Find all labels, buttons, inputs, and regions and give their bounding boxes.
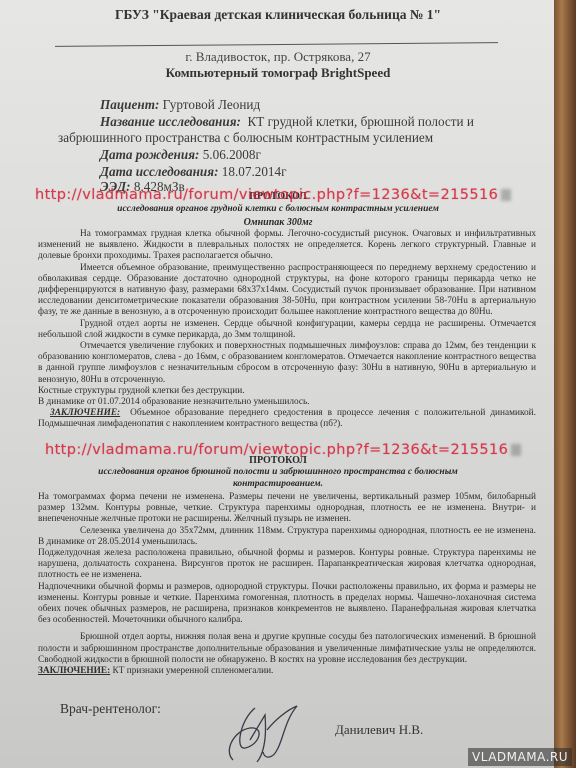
abdomen-conclusion-text: КТ признаки умеренной спленомегалии. (113, 666, 274, 676)
chest-paragraph-1: На томограммах грудная клетка обычной фо… (38, 229, 536, 263)
watermark-url-2: http://vladmama.ru/forum/viewtopic.php?f… (45, 442, 521, 458)
study-line: Название исследования: КТ грудной клетки… (100, 114, 474, 130)
dob-value: 5.06.2008г (203, 147, 261, 162)
patient-label: Пациент: (100, 97, 159, 112)
chest-paragraph-3: Грудной отдел аорты не изменен. Сердце о… (38, 319, 536, 341)
study-date-label: Дата исследования: (100, 164, 218, 179)
hospital-name: ГБУЗ "Краевая детская клиническая больни… (0, 7, 556, 23)
patient-name: Гуртовой Леонид (163, 97, 261, 112)
abdomen-paragraph-4: Надпочечники обычной формы и размеров, о… (38, 582, 536, 627)
signature-icon (205, 700, 315, 768)
contrast-agent: Омнипак 300мг (0, 217, 556, 228)
radiologist-role: Врач-рентенолог: (60, 701, 161, 717)
abdomen-conclusion-label: ЗАКЛЮЧЕНИЕ: (38, 666, 110, 676)
study-date-line: Дата исследования: 18.07.2014г (100, 164, 287, 180)
watermark-url-1: http://vladmama.ru/forum/viewtopic.php?f… (35, 187, 511, 203)
hospital-address: г. Владивосток, пр. Острякова, 27 (0, 49, 556, 65)
protocol-1-subtitle: исследования органов грудной клетки с бо… (0, 204, 556, 214)
abdomen-paragraph-1: На томограммах форма печени не изменена.… (38, 492, 536, 526)
abdomen-paragraph-2: Селезенка увеличена до 35x72мм, длинник … (38, 526, 536, 548)
watermark-brand: VLADMAMA.RU (468, 748, 572, 766)
study-label: Название исследования: (100, 114, 241, 129)
dob-label: Дата рождения: (100, 147, 199, 162)
document-page: ГБУЗ "Краевая детская клиническая больни… (0, 0, 556, 768)
protocol-2-body: На томограммах форма печени не изменена.… (38, 492, 536, 677)
abdomen-conclusion: ЗАКЛЮЧЕНИЕ: КТ признаки умеренной сплено… (38, 666, 536, 677)
chest-paragraph-4: Отмечается увеличение глубоких и поверхн… (38, 341, 536, 386)
protocol-2-subtitle: исследования органов брюшной полости и з… (0, 467, 556, 477)
header-divider (55, 42, 498, 47)
abdomen-paragraph-3: Поджелудочная железа расположена правиль… (38, 548, 536, 582)
protocol-2-subtitle-cont: контрастированием. (0, 479, 556, 489)
patient-line: Пациент: Гуртовой Леонид (100, 97, 260, 113)
chest-paragraph-5: Костные структуры грудной клетки без дес… (38, 386, 536, 397)
abdomen-paragraph-5: Брюшной отдел аорты, нижняя полая вена и… (38, 632, 536, 666)
study-date-value: 18.07.2014г (222, 164, 287, 179)
doctor-name: Данилевич Н.В. (335, 722, 423, 738)
dob-line: Дата рождения: 5.06.2008г (100, 147, 261, 163)
scanner-device: Компьютерный томограф BrightSpeed (0, 65, 556, 81)
wooden-table-edge (554, 0, 576, 768)
chest-paragraph-2: Имеется объемное образование, преимущест… (38, 263, 536, 319)
study-name-cont: забрюшинного пространства с болюсным кон… (58, 130, 433, 146)
protocol-1-body: На томограммах грудная клетка обычной фо… (38, 229, 536, 431)
study-name: КТ грудной клетки, брюшной полости и (248, 114, 474, 129)
chest-conclusion-label: ЗАКЛЮЧЕНИЕ: (50, 408, 120, 418)
chest-paragraph-6: В динамике от 01.07.2014 образование нез… (38, 397, 536, 408)
chest-conclusion: ЗАКЛЮЧЕНИЕ: Объемное образование передне… (38, 408, 536, 430)
